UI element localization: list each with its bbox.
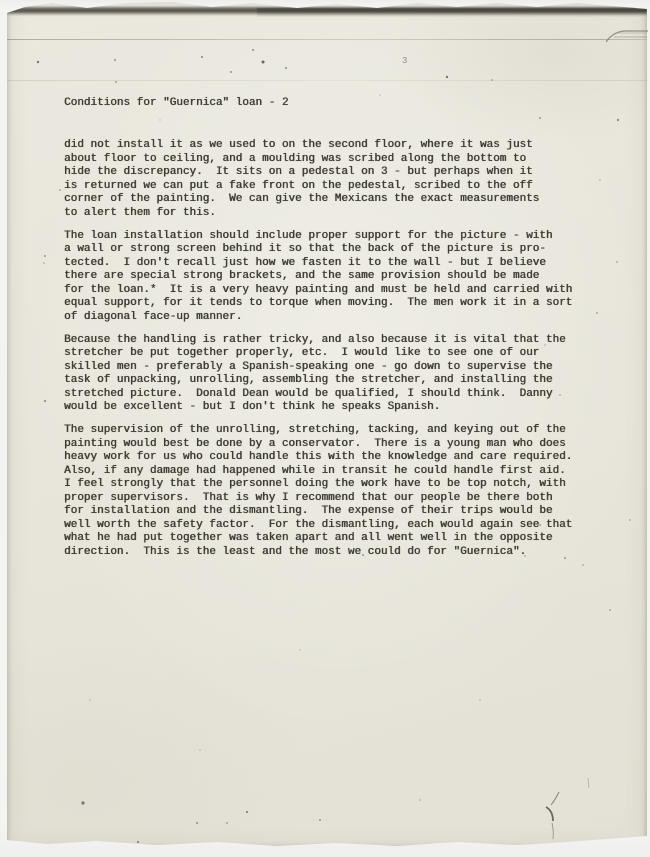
horizontal-crease [7, 39, 647, 40]
paper-sheet: Conditions for "Guernica" loan - 2 did n… [7, 0, 647, 848]
document-body: did not install it as we used to on the … [64, 139, 604, 569]
paragraph-loan-installation-support: The loan installation should include pro… [64, 230, 604, 325]
paragraph-handling-supervision: Because the handling is rather tricky, a… [64, 334, 604, 415]
faint-horizontal-crease [7, 80, 647, 81]
paragraph-installation-pedestal: did not install it as we used to on the … [64, 139, 604, 220]
scanned-page: Conditions for "Guernica" loan - 2 did n… [0, 0, 650, 857]
document-title: Conditions for "Guernica" loan - 2 [64, 97, 288, 111]
torn-top-edge-dark-segment [257, 8, 647, 17]
paragraph-conservator-dismantling: The supervision of the unrolling, stretc… [64, 424, 604, 559]
faint-margin-mark: 3 [402, 56, 407, 66]
